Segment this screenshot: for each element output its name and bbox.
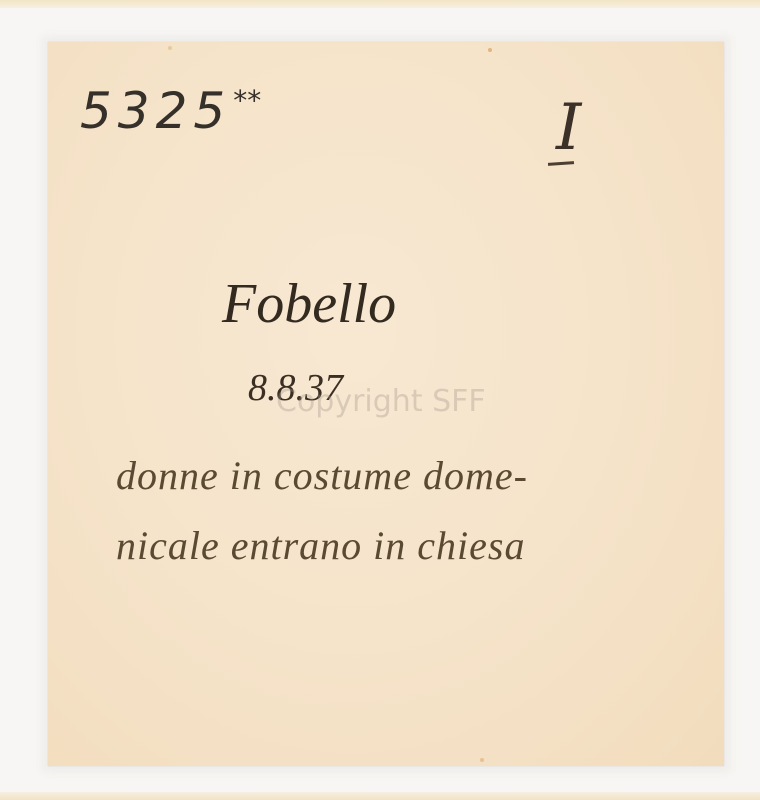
- volume-mark: I: [556, 96, 581, 160]
- catalog-number: 5325**: [80, 82, 261, 140]
- stain-speck: [480, 758, 484, 762]
- bottom-edge-strip: [0, 792, 760, 800]
- description-line-2: nicale entrano in chiesa: [116, 522, 525, 569]
- stain-speck: [488, 48, 492, 52]
- description-line-1: donne in costume dome-: [116, 452, 528, 499]
- top-edge-strip: [0, 0, 760, 8]
- place-name: Fobello: [222, 272, 396, 336]
- copyright-watermark: Copyright SFF: [276, 384, 486, 419]
- catalog-number-value: 5325: [80, 82, 231, 140]
- stain-speck: [168, 46, 172, 50]
- catalog-marks: **: [233, 84, 261, 117]
